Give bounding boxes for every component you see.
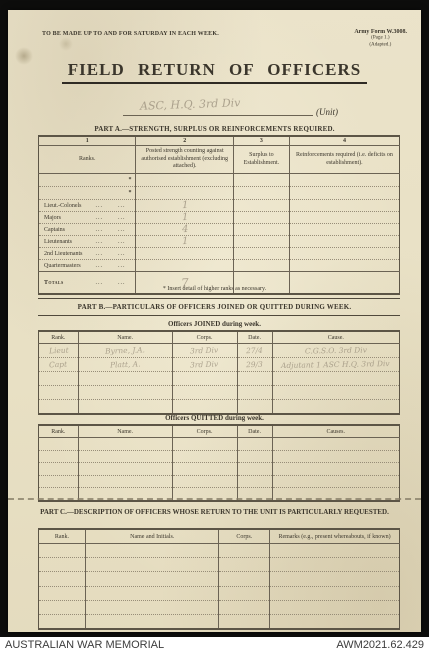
form-paper: TO BE MADE UP TO AND FOR SATURDAY IN EAC… [8,10,421,632]
entry-rank: Lieut [48,346,68,356]
col-number: 1 [39,136,136,146]
entry-rank: Capt [49,360,67,370]
col-header-rank: Rank. [39,425,79,438]
col-number: 2 [136,136,233,146]
unit-label: (Unit) [316,107,338,117]
col-header-date: Date. [237,331,272,344]
quitted-header-row: Rank. Name. Corps. Date. Causes. [39,425,400,438]
col-header-ranks: Ranks. [39,146,136,174]
empty-row [39,386,400,400]
rank-row: Lieut.-Colonels... ... 1 [39,200,400,212]
rank-row: Lieutenants... ... 1 [39,236,400,248]
entry-corps: 3rd Div [190,346,219,356]
entry-cause: Adjutant 1 ASC H.Q. 3rd Div [281,359,390,370]
caption-bar: AUSTRALIAN WAR MEMORIAL AWM2021.62.429 [0,637,429,653]
col-header-name-initials: Name and Initials. [85,529,219,544]
entry-corps: 3rd Div [190,360,219,370]
rank-row: Majors... ... 1 [39,212,400,224]
part-a-column-numbers: 1 2 3 4 [39,136,400,146]
part-a-footnote: * Insert detail of higher ranks as neces… [8,286,421,292]
joined-entry-row: Lieut Byrne, J.A. 3rd Div 27/4 C.G.S.O. … [39,344,400,358]
asterisk-cell: * [39,187,136,200]
archive-item-id: AWM2021.62.429 [336,639,424,651]
part-b-heading: PART B.—PARTICULARS OF OFFICERS JOINED O… [8,303,421,311]
empty-row [39,450,400,463]
rank-label: Majors [44,215,61,221]
col-header-name: Name. [78,425,172,438]
part-a-column-headers: Ranks. Posted strength counting against … [39,146,400,174]
quitted-subtitle: Officers QUITTED during week. [8,414,421,422]
empty-row [39,586,400,600]
col-header-rank: Rank. [39,529,86,544]
col-header-corps: Corps. [172,425,237,438]
entry-name: Platt, A. [110,359,141,369]
empty-row [39,400,400,415]
empty-row [39,572,400,586]
part-a-extra-rank-row: * [39,174,400,187]
rank-row: Captains... ... 4 [39,224,400,236]
unit-writing-line [123,115,313,116]
perforation-line [8,498,421,500]
divider-rule [38,298,400,299]
col-header-corps: Corps. [172,331,237,344]
asterisk-cell: * [39,174,136,187]
col-header-posted-strength: Posted strength counting against authori… [136,146,233,174]
entry-date: 27/4 [246,346,263,356]
rank-label: Lieutenants [44,239,72,245]
form-ref-page: (Page 1.) [358,35,403,40]
leader-dots: ... ... [95,280,125,286]
joined-header-row: Rank. Name. Corps. Date. Cause. [39,331,400,344]
col-header-remarks: Remarks (e.g., present whereabouts, if k… [270,529,400,544]
form-ref-adapted: (Adapted.) [358,42,403,47]
empty-row [39,475,400,488]
col-header-rank: Rank. [39,331,79,344]
officers-joined-table: Rank. Name. Corps. Date. Cause. Lieut By… [38,330,400,415]
posted-value: 4 [181,224,188,235]
col-header-cause: Cause. [272,331,399,344]
empty-row [39,614,400,629]
empty-row [39,558,400,572]
rank-label: 2nd Lieutenants [44,251,83,257]
col-header-name: Name. [78,331,172,344]
col-header-date: Date. [237,425,272,438]
posted-value: 1 [181,212,188,223]
top-instruction: TO BE MADE UP TO AND FOR SATURDAY IN EAC… [42,31,219,37]
leader-dots: ... ... [95,227,125,233]
entry-cause: C.G.S.O. 3rd Div [305,345,367,355]
divider-rule [38,315,400,316]
empty-row [39,463,400,476]
col-number: 4 [289,136,399,146]
joined-entry-row: Capt Platt, A. 3rd Div 29/3 Adjutant 1 A… [39,358,400,372]
page-title: FIELD RETURN OF OFFICERS [8,60,421,80]
part-a-heading: PART A.—STRENGTH, SURPLUS OR REINFORCEME… [8,125,421,133]
unit-handwritten-value: ASC, H.Q. 3rd Div [140,96,241,112]
part-c-header-row: Rank. Name and Initials. Corps. Remarks … [39,529,400,544]
col-header-surplus: Surplus to Establishment. [233,146,289,174]
part-c-table: Rank. Name and Initials. Corps. Remarks … [38,528,400,630]
empty-row [39,544,400,558]
col-header-causes: Causes. [272,425,399,438]
col-number: 3 [233,136,289,146]
rank-label: Quartermasters [44,263,81,269]
col-header-corps: Corps. [219,529,270,544]
col-header-reinforcements: Reinforcements required (i.e. deficits o… [289,146,399,174]
posted-value: 1 [181,236,188,247]
part-a-extra-rank-row: * [39,187,400,200]
rank-row: 2nd Lieutenants... ... [39,248,400,260]
rank-row: Quartermasters... ... [39,260,400,272]
empty-row [39,372,400,386]
leader-dots: ... ... [95,263,125,269]
empty-row [39,600,400,614]
joined-subtitle: Officers JOINED during week. [8,320,421,328]
leader-dots: ... ... [95,215,125,221]
part-c-heading: PART C.—DESCRIPTION OF OFFICERS WHOSE RE… [34,508,395,516]
leader-dots: ... ... [95,251,125,257]
entry-name: Byrne, J.A. [105,345,145,355]
rank-label: Captains [44,227,65,233]
empty-row [39,438,400,451]
form-reference: Army Form W.3008. (Page 1.) (Adapted.) [354,29,407,48]
part-a-table: 1 2 3 4 Ranks. Posted strength counting … [38,135,400,295]
entry-date: 29/3 [246,360,263,370]
officers-quitted-table: Rank. Name. Corps. Date. Causes. [38,424,400,502]
document-scan: TO BE MADE UP TO AND FOR SATURDAY IN EAC… [0,0,429,653]
rank-label: Lieut.-Colonels [44,203,82,209]
totals-label: Totals [44,280,64,286]
archive-institution: AUSTRALIAN WAR MEMORIAL [5,639,164,651]
leader-dots: ... ... [95,203,125,209]
leader-dots: ... ... [95,239,125,245]
posted-value: 1 [181,200,188,211]
